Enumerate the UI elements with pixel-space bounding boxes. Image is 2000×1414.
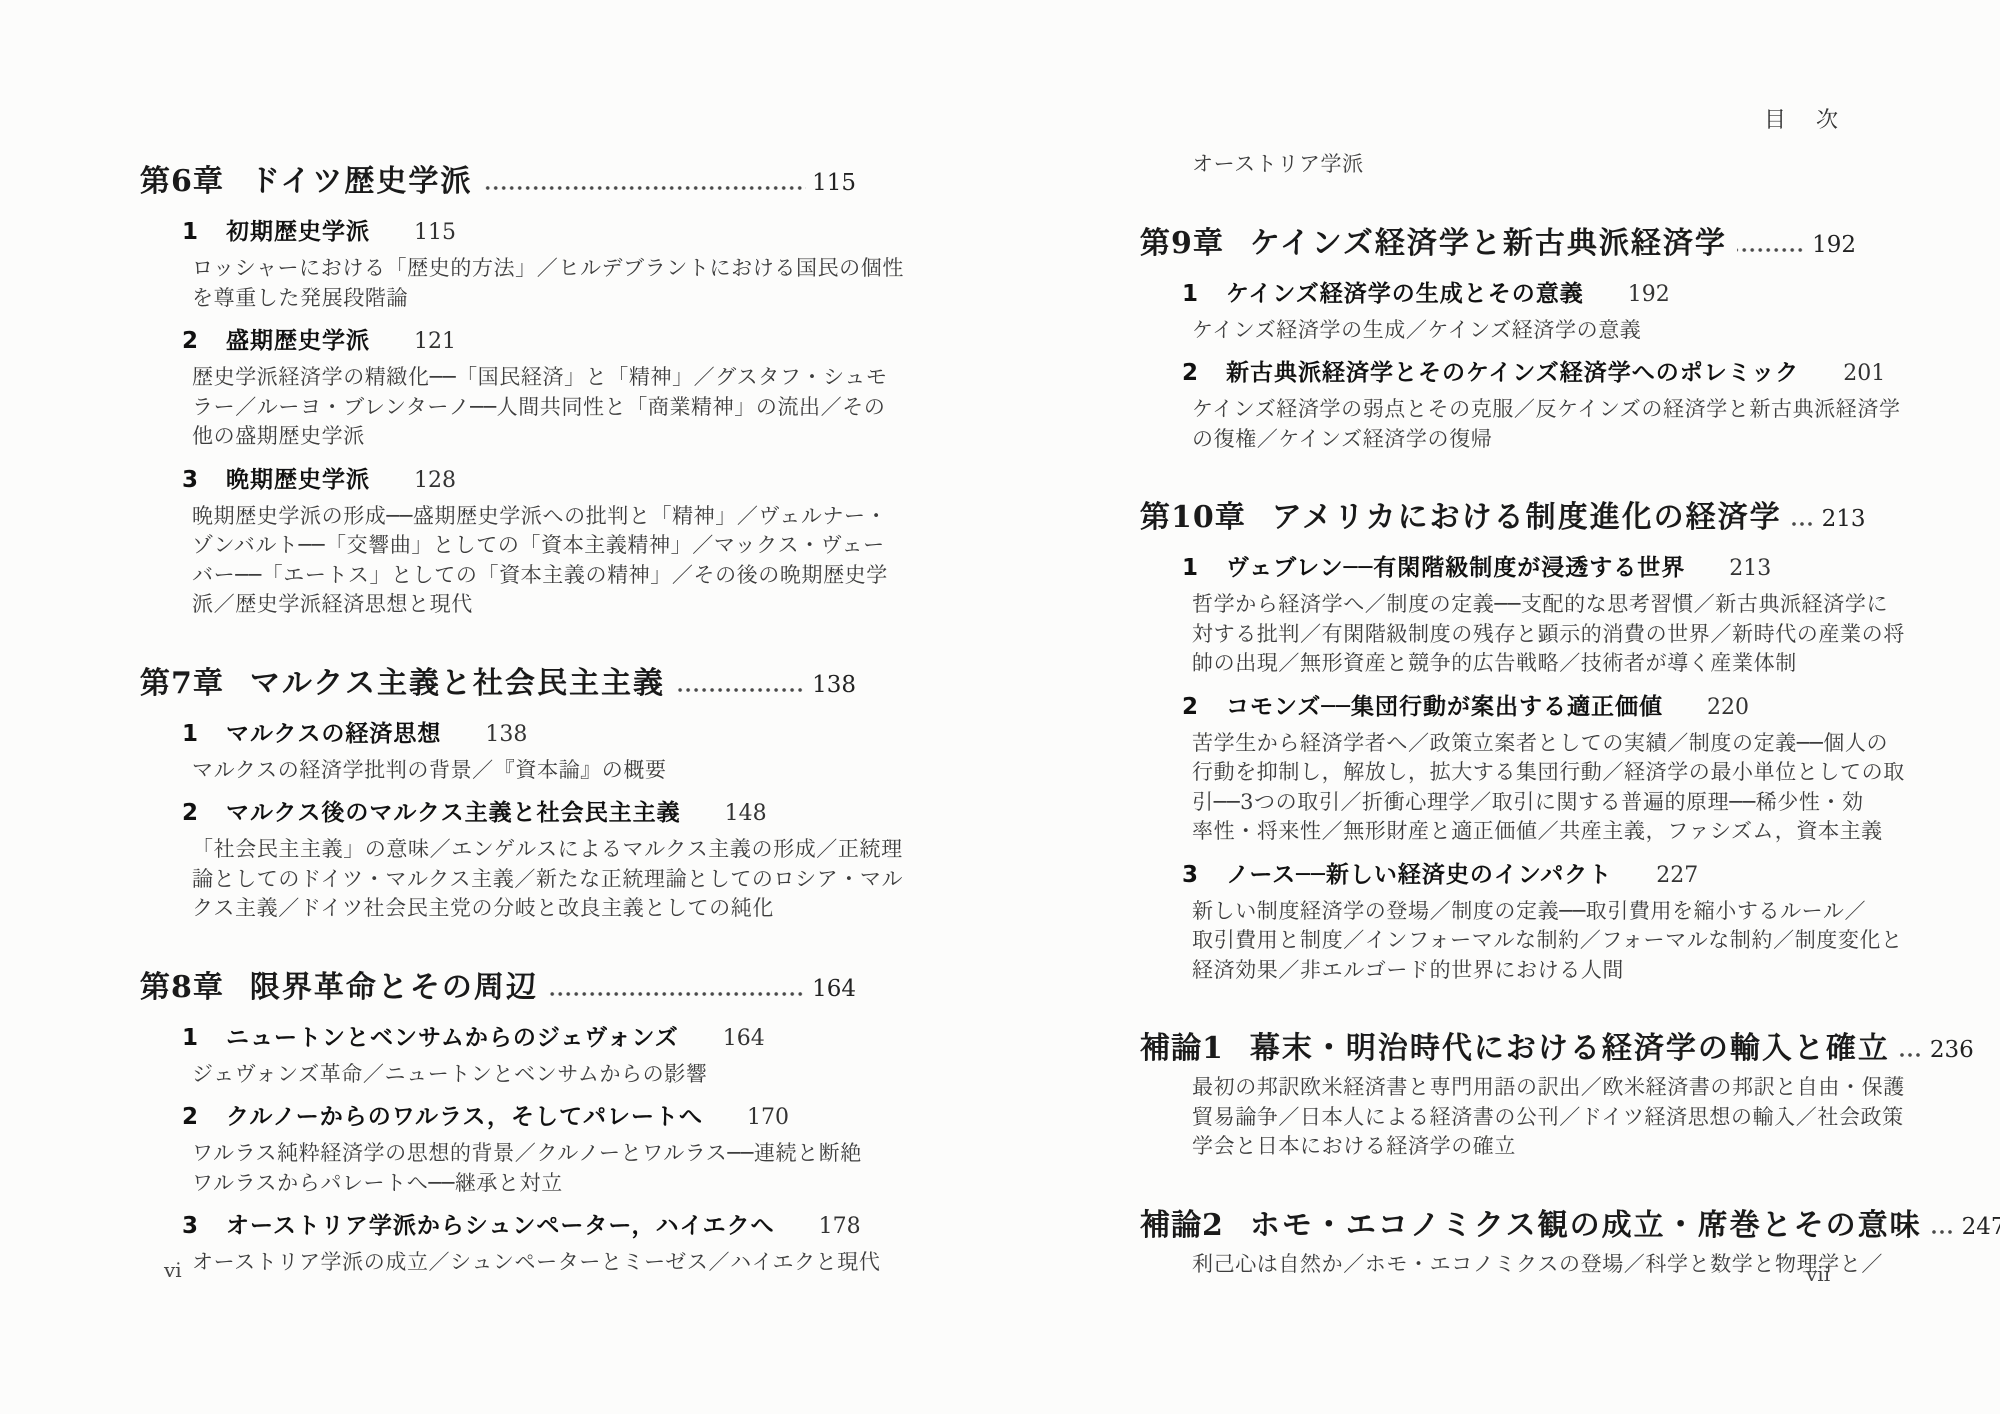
chapter-label: 補論2 (1140, 1204, 1224, 1248)
section-description-line: 論としてのドイツ・マルクス主義／新たな正統理論としてのロシア・マル (192, 865, 856, 895)
section-description: ジェヴォンズ革命／ニュートンとベンサムからの影響 (140, 1060, 856, 1090)
section-number: 1 (1182, 550, 1198, 586)
section-title: ヴェブレン──有閑階級制度が浸透する世界 (1226, 555, 1685, 581)
section-description-line: 対する批判／有閑階級制度の残存と顕示的消費の世界／新時代の産業の将 (1192, 620, 1856, 650)
section-description: 苦学生から経済学者へ／政策立案者としての実績／制度の定義──個人の行動を抑制し，… (1140, 729, 1856, 847)
section-description-line: クス主義／ドイツ社会民主党の分岐と改良主義としての純化 (192, 894, 856, 924)
section-page-number: 138 (485, 722, 527, 747)
section-page-number: 220 (1707, 695, 1749, 720)
section-page-number: 148 (725, 801, 767, 826)
section-entry: 1ケインズ経済学の生成とその意義192 (1140, 276, 1856, 314)
section-description-line: 他の盛期歴史学派 (192, 422, 856, 452)
section-page-number: 121 (414, 329, 456, 354)
section-description-line: 「社会民主主義」の意味／エンゲルスによるマルクス主義の形成／正統理 (192, 835, 856, 865)
section-title: 新古典派経済学とそのケインズ経済学へのポレミック (1226, 360, 1799, 386)
chapter-description-line: 利己心は自然か／ホモ・エコノミクスの登場／科学と数学と物理学と／ (1192, 1250, 1856, 1280)
folio-left: vi (164, 1258, 182, 1282)
section-description: オーストリア学派の成立／シュンペーターとミーゼス／ハイエクと現代 (140, 1248, 856, 1278)
section-description-line: を尊重した発展段階論 (192, 284, 856, 314)
continuation-line: オーストリア学派 (1192, 150, 1856, 180)
chapter-page-number: 236 (1930, 1029, 1974, 1071)
dotted-leader (1792, 521, 1816, 527)
section-description-line: ゾンバルト──「交響曲」としての「資本主義精神」／マックス・ヴェー (192, 531, 856, 561)
section-title: ニュートンとベンサムからのジェヴォンズ (226, 1025, 679, 1051)
section-page-number: 128 (414, 468, 456, 493)
section-number: 1 (182, 1020, 198, 1056)
section-description-line: 歴史学派経済学の精緻化──「国民経済」と「精神」／グスタフ・シュモ (192, 363, 856, 393)
section-entry: 2クルノーからのワルラス，そしてパレートへ170 (140, 1099, 856, 1137)
section-title: ケインズ経済学の生成とその意義 (1226, 281, 1584, 307)
section-description: ケインズ経済学の生成／ケインズ経済学の意義 (1140, 316, 1856, 346)
section-description-line: ジェヴォンズ革命／ニュートンとベンサムからの影響 (192, 1060, 856, 1090)
section-number: 1 (182, 716, 198, 752)
chapter-entry: 第9章ケインズ経済学と新古典派経済学1921ケインズ経済学の生成とその意義192… (1140, 222, 1856, 455)
chapter-page-number: 115 (812, 162, 856, 204)
chapter-description-line: 貿易論争／日本人による経済書の公刊／ドイツ経済思想の輸入／社会政策 (1192, 1103, 1856, 1133)
chapter-page-number: 247 (1962, 1206, 2000, 1248)
section-page-number: 192 (1628, 282, 1670, 307)
section-description-line: オーストリア学派の成立／シュンペーターとミーゼス／ハイエクと現代 (192, 1248, 856, 1278)
section-entry: 3オーストリア学派からシュンペーター，ハイエクへ178 (140, 1208, 856, 1246)
chapter-entry: 第7章マルクス主義と社会民主主義1381マルクスの経済思想138マルクスの経済学… (140, 662, 856, 924)
chapter-heading-row: 第10章アメリカにおける制度進化の経済学213 (1140, 496, 1856, 540)
section-description-line: ケインズ経済学の生成／ケインズ経済学の意義 (1192, 316, 1856, 346)
section-description-line: 新しい制度経済学の登場／制度の定義──取引費用を縮小するルール／ (1192, 897, 1856, 927)
dotted-leader (482, 185, 806, 191)
section-title: コモンズ──集団行動が案出する適正価値 (1226, 694, 1663, 720)
section-description-line: 苦学生から経済学者へ／政策立案者としての実績／制度の定義──個人の (1192, 729, 1856, 759)
section-title: クルノーからのワルラス，そしてパレートへ (226, 1104, 703, 1130)
dotted-leader (1932, 1229, 1956, 1235)
section-number: 1 (182, 214, 198, 250)
section-description-line: マルクスの経済学批判の背景／『資本論』の概要 (192, 756, 856, 786)
dotted-leader (548, 991, 806, 997)
chapter-title: ケインズ経済学と新古典派経済学 (1250, 222, 1727, 266)
chapter-page-number: 192 (1812, 224, 1856, 266)
chapter-label: 第9章 (1140, 222, 1224, 266)
toc-page-left: 第6章ドイツ歴史学派1151初期歴史学派115ロッシャーにおける「歴史的方法」／… (140, 160, 856, 1278)
chapter-entry: 補論1幕末・明治時代における経済学の輸入と確立236最初の邦訳欧米経済書と専門用… (1140, 1027, 1856, 1162)
chapter-description: 最初の邦訳欧米経済書と専門用語の訳出／欧米経済書の邦訳と自由・保護貿易論争／日本… (1140, 1073, 1856, 1162)
section-entry: 2盛期歴史学派121 (140, 323, 856, 361)
dotted-leader (1900, 1052, 1924, 1058)
section-title: オーストリア学派からシュンペーター，ハイエクへ (226, 1213, 775, 1239)
chapter-title: アメリカにおける制度進化の経済学 (1272, 496, 1782, 540)
section-page-number: 115 (414, 220, 456, 245)
chapter-page-number: 164 (812, 968, 856, 1010)
chapter-heading-row: 第9章ケインズ経済学と新古典派経済学192 (1140, 222, 1856, 266)
section-number: 2 (182, 795, 198, 831)
section-description: 「社会民主主義」の意味／エンゲルスによるマルクス主義の形成／正統理論としてのドイ… (140, 835, 856, 924)
section-description-line: ラー／ルーヨ・ブレンターノ──人間共同性と「商業精神」の流出／その (192, 393, 856, 423)
section-number: 2 (182, 1099, 198, 1135)
section-number: 3 (1182, 857, 1198, 893)
section-page-number: 201 (1843, 361, 1885, 386)
section-description-line: ワルラス純粋経済学の思想的背景／クルノーとワルラス──連続と断絶 (192, 1139, 856, 1169)
chapter-title: 限界革命とその周辺 (250, 966, 538, 1010)
section-page-number: 164 (723, 1026, 765, 1051)
chapter-label: 第8章 (140, 966, 224, 1010)
section-number: 3 (182, 462, 198, 498)
section-title: 晩期歴史学派 (226, 467, 370, 493)
section-description: 新しい制度経済学の登場／制度の定義──取引費用を縮小するルール／取引費用と制度／… (1140, 897, 1856, 986)
section-entry: 2新古典派経済学とそのケインズ経済学へのポレミック201 (1140, 355, 1856, 393)
section-entry: 1初期歴史学派115 (140, 214, 856, 252)
section-number: 2 (1182, 689, 1198, 725)
dotted-leader (1737, 247, 1806, 253)
section-description-line: 引──3つの取引／折衝心理学／取引に関する普遍的原理──稀少性・効 (1192, 788, 1856, 818)
section-entry: 1ニュートンとベンサムからのジェヴォンズ164 (140, 1020, 856, 1058)
section-description: 歴史学派経済学の精緻化──「国民経済」と「精神」／グスタフ・シュモラー／ルーヨ・… (140, 363, 856, 452)
section-number: 2 (1182, 355, 1198, 391)
chapter-heading-row: 補論1幕末・明治時代における経済学の輸入と確立236 (1140, 1027, 1856, 1071)
chapter-title: 幕末・明治時代における経済学の輸入と確立 (1250, 1027, 1890, 1071)
section-entry: 3ノース──新しい経済史のインパクト227 (1140, 857, 1856, 895)
section-description-line: 派／歴史学派経済思想と現代 (192, 590, 856, 620)
section-title: マルクスの経済思想 (226, 721, 441, 747)
running-head-title: 目 次 (1764, 108, 1842, 133)
chapter-entry: 第8章限界革命とその周辺1641ニュートンとベンサムからのジェヴォンズ164ジェ… (140, 966, 856, 1278)
section-description-line: 帥の出現／無形資産と競争的広告戦略／技術者が導く産業体制 (1192, 649, 1856, 679)
section-description: 晩期歴史学派の形成──盛期歴史学派への批判と「精神」／ヴェルナー・ゾンバルト──… (140, 502, 856, 620)
section-description-line: ケインズ経済学の弱点とその克服／反ケインズの経済学と新古典派経済学 (1192, 395, 1856, 425)
section-page-number: 170 (747, 1105, 789, 1130)
section-title: 盛期歴史学派 (226, 328, 370, 354)
section-description-line: 率性・将来性／無形財産と適正価値／共産主義，ファシズム，資本主義 (1192, 817, 1856, 847)
section-entry: 3晩期歴史学派128 (140, 462, 856, 500)
section-description-line: バー──「エートス」としての「資本主義の精神」／その後の晩期歴史学 (192, 561, 856, 591)
dotted-leader (675, 687, 806, 693)
chapter-label: 第10章 (1140, 496, 1246, 540)
section-entry: 1マルクスの経済思想138 (140, 716, 856, 754)
section-description-line: 哲学から経済学へ／制度の定義──支配的な思考習慣／新古典派経済学に (1192, 590, 1856, 620)
section-page-number: 213 (1729, 556, 1771, 581)
section-entry: 2コモンズ──集団行動が案出する適正価値220 (1140, 689, 1856, 727)
section-title: ノース──新しい経済史のインパクト (1226, 862, 1612, 888)
chapter-label: 第6章 (140, 160, 224, 204)
section-description-line: ロッシャーにおける「歴史的方法」／ヒルデブラントにおける国民の個性 (192, 254, 856, 284)
section-title: マルクス後のマルクス主義と社会民主主義 (226, 800, 681, 826)
section-description-line: の復権／ケインズ経済学の復帰 (1192, 425, 1856, 455)
chapter-entry: 第6章ドイツ歴史学派1151初期歴史学派115ロッシャーにおける「歴史的方法」／… (140, 160, 856, 620)
section-description-line: 晩期歴史学派の形成──盛期歴史学派への批判と「精神」／ヴェルナー・ (192, 502, 856, 532)
section-page-number: 227 (1656, 863, 1698, 888)
section-page-number: 178 (819, 1214, 861, 1239)
section-title: 初期歴史学派 (226, 219, 370, 245)
section-entry: 1ヴェブレン──有閑階級制度が浸透する世界213 (1140, 550, 1856, 588)
chapter-heading-row: 第7章マルクス主義と社会民主主義138 (140, 662, 856, 706)
section-number: 1 (1182, 276, 1198, 312)
section-description: ケインズ経済学の弱点とその克服／反ケインズの経済学と新古典派経済学の復権／ケイン… (1140, 395, 1856, 454)
chapter-description-line: 学会と日本における経済学の確立 (1192, 1132, 1856, 1162)
section-description-line: 経済効果／非エルゴード的世界における人間 (1192, 956, 1856, 986)
running-head: 目 次 (1140, 106, 1856, 136)
folio-right: vii (1806, 1262, 1830, 1286)
section-entry: 2マルクス後のマルクス主義と社会民主主義148 (140, 795, 856, 833)
chapter-description: 利己心は自然か／ホモ・エコノミクスの登場／科学と数学と物理学と／ (1140, 1250, 1856, 1280)
toc-page-right: 目 次 オーストリア学派第9章ケインズ経済学と新古典派経済学1921ケインズ経済… (1140, 106, 1856, 1279)
chapter-title: ホモ・エコノミクス観の成立・席巻とその意味 (1250, 1204, 1922, 1248)
section-description: ワルラス純粋経済学の思想的背景／クルノーとワルラス──連続と断絶ワルラスからパレ… (140, 1139, 856, 1198)
section-description: マルクスの経済学批判の背景／『資本論』の概要 (140, 756, 856, 786)
section-description-line: 行動を抑制し，解放し，拡大する集団行動／経済学の最小単位としての取 (1192, 758, 1856, 788)
chapter-entry: 補論2ホモ・エコノミクス観の成立・席巻とその意味247利己心は自然か／ホモ・エコ… (1140, 1204, 1856, 1280)
chapter-page-number: 213 (1822, 498, 1866, 540)
chapter-heading-row: 第6章ドイツ歴史学派115 (140, 160, 856, 204)
chapter-title: ドイツ歴史学派 (250, 160, 473, 204)
section-description: 哲学から経済学へ／制度の定義──支配的な思考習慣／新古典派経済学に対する批判／有… (1140, 590, 1856, 679)
chapter-page-number: 138 (812, 664, 856, 706)
chapter-entry: 第10章アメリカにおける制度進化の経済学2131ヴェブレン──有閑階級制度が浸透… (1140, 496, 1856, 985)
section-number: 2 (182, 323, 198, 359)
chapter-title: マルクス主義と社会民主主義 (250, 662, 665, 706)
section-description-line: ワルラスからパレートへ──継承と対立 (192, 1169, 856, 1199)
chapter-heading-row: 補論2ホモ・エコノミクス観の成立・席巻とその意味247 (1140, 1204, 1856, 1248)
section-description: ロッシャーにおける「歴史的方法」／ヒルデブラントにおける国民の個性を尊重した発展… (140, 254, 856, 313)
section-number: 3 (182, 1208, 198, 1244)
chapter-heading-row: 第8章限界革命とその周辺164 (140, 966, 856, 1010)
chapter-label: 補論1 (1140, 1027, 1224, 1071)
chapter-label: 第7章 (140, 662, 224, 706)
section-description-line: 取引費用と制度／インフォーマルな制約／フォーマルな制約／制度変化と (1192, 926, 1856, 956)
chapter-description-line: 最初の邦訳欧米経済書と専門用語の訳出／欧米経済書の邦訳と自由・保護 (1192, 1073, 1856, 1103)
